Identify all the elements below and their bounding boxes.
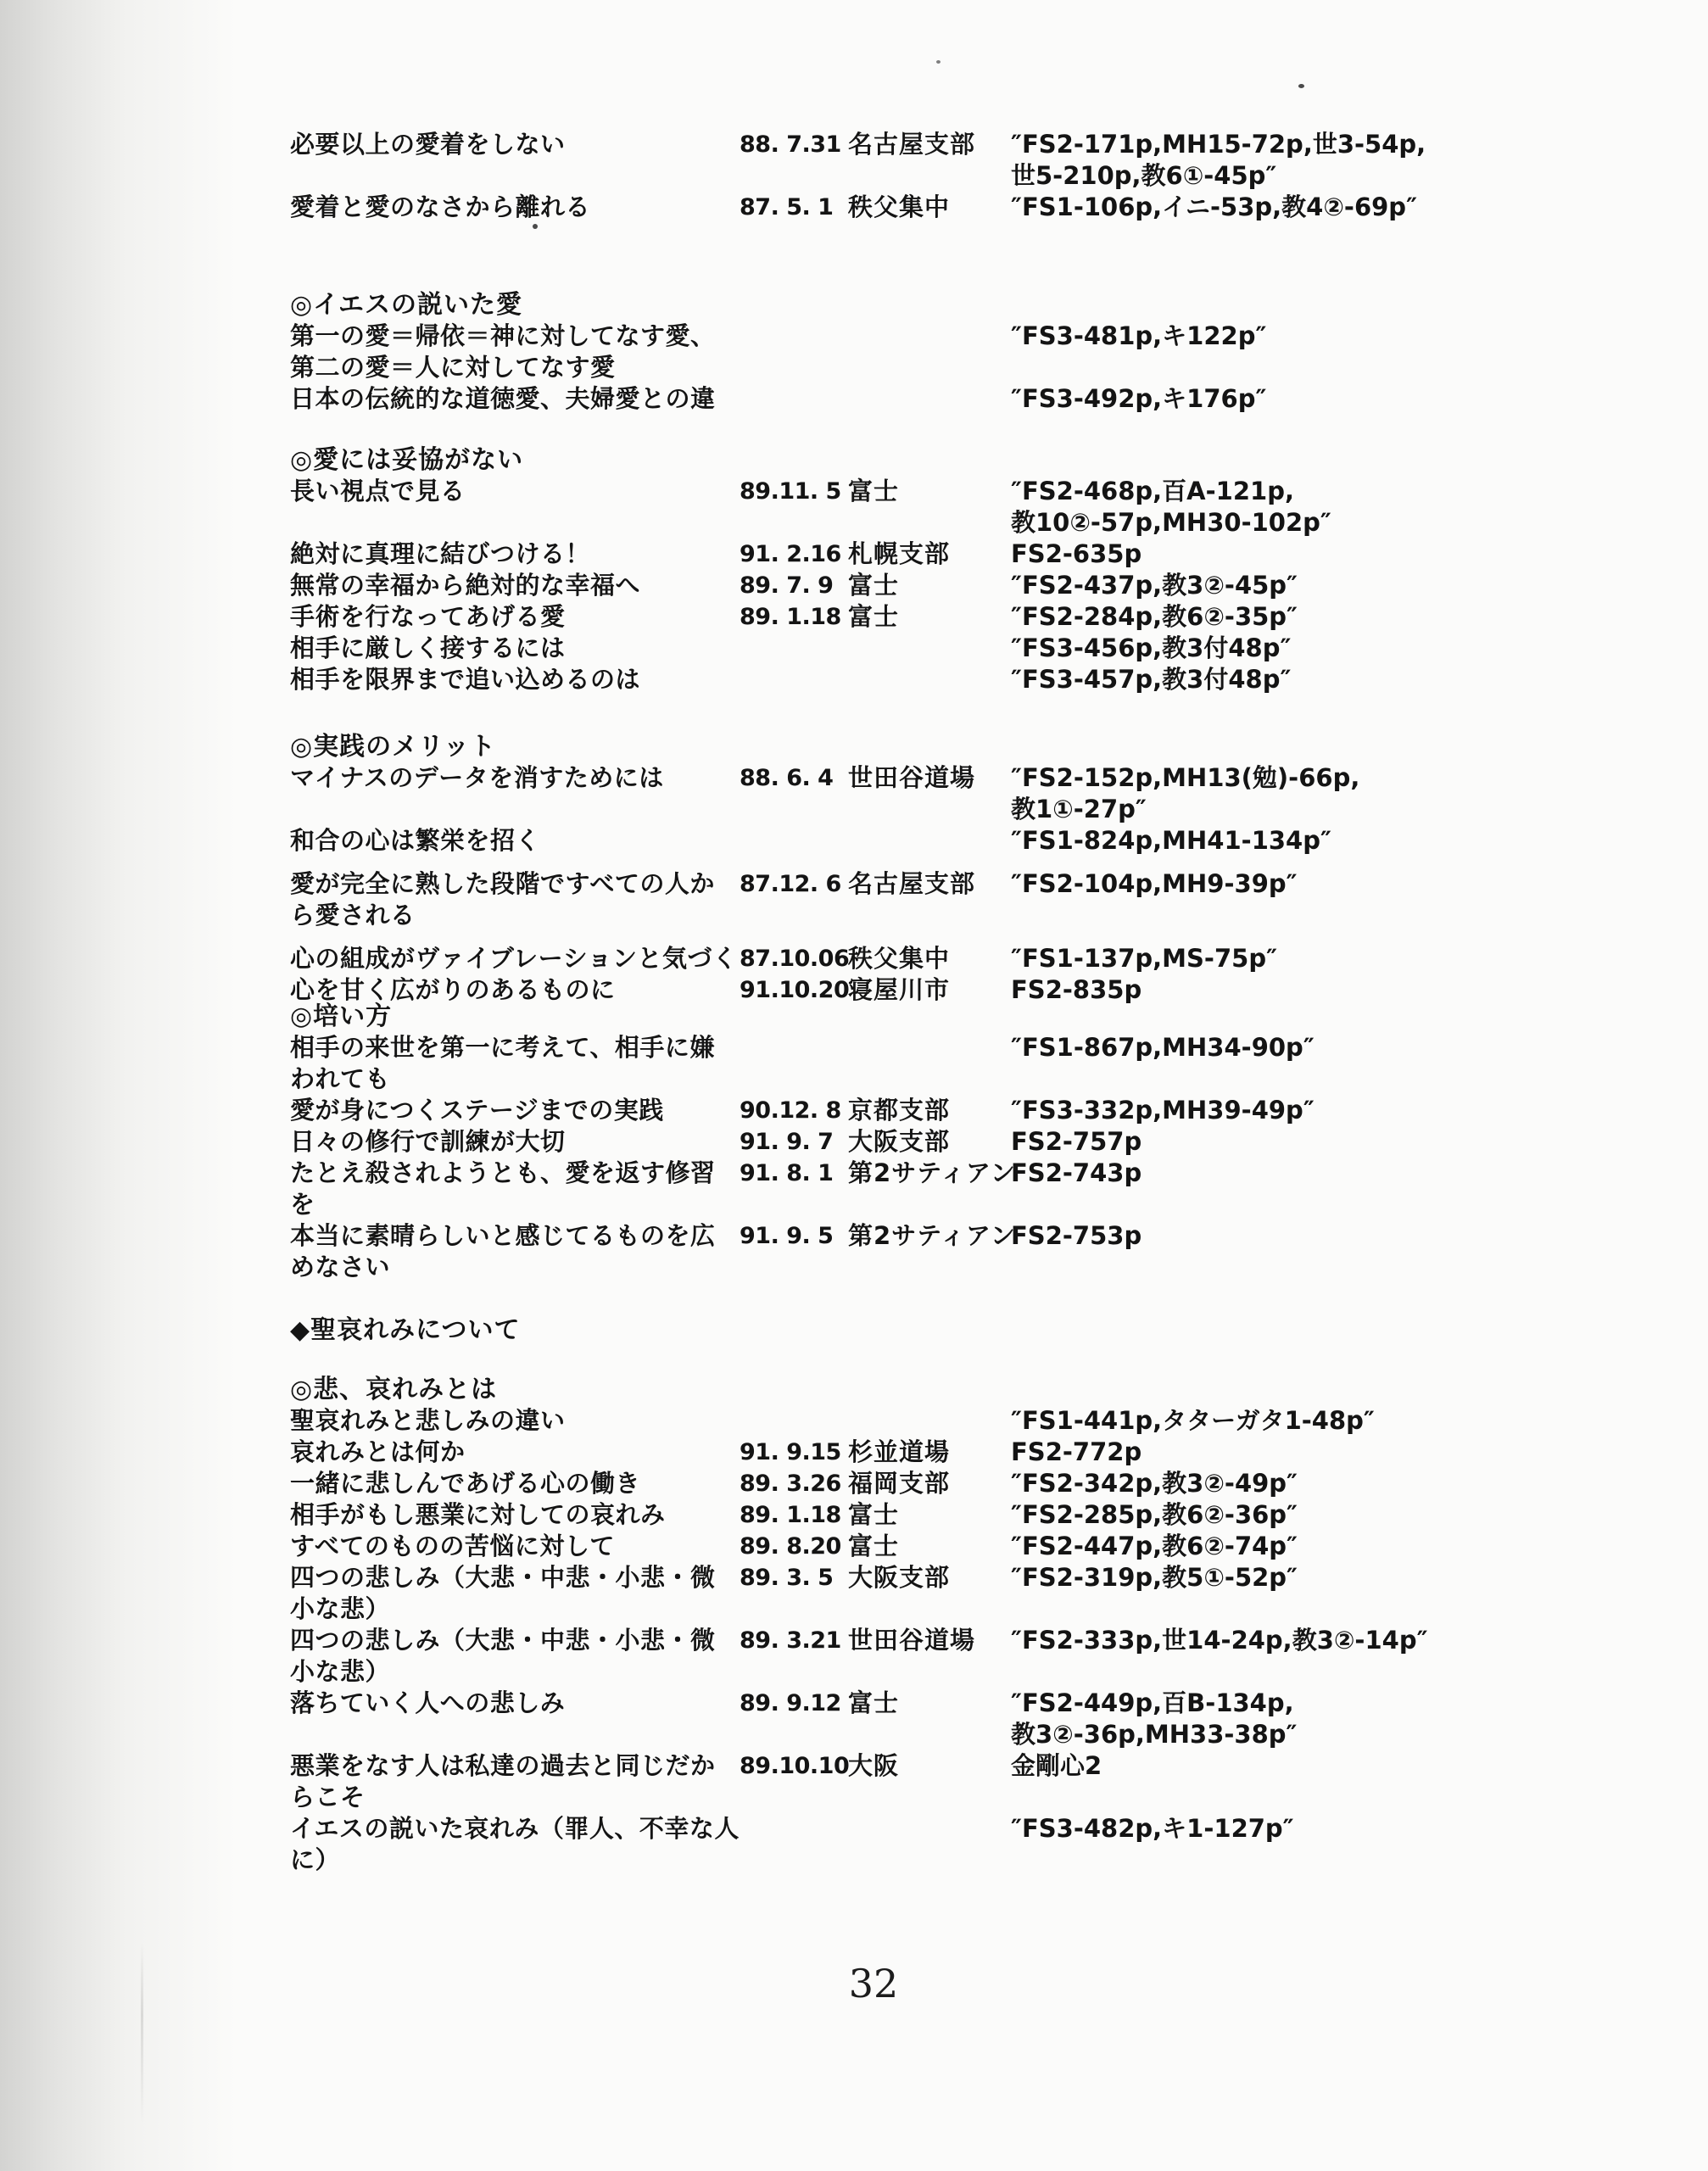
place-cell: 富士 <box>848 570 1011 601</box>
date-cell: 89. 9.12 <box>740 1688 848 1750</box>
table-row: 愛着と愛のなさから離れる 87. 5. 1 秩父集中 ″FS1-106p,イニ-… <box>290 192 1477 223</box>
topic-cell: 哀れみとは何か <box>290 1437 740 1468</box>
topic-cell: 悪業をなす人は私達の過去と同じだからこそ <box>290 1750 740 1813</box>
table-row: 相手に厳しく接するには ″FS3-456p,教3付48p″ <box>290 633 1477 664</box>
date-cell: 88. 6. 4 <box>740 762 848 825</box>
topic-cell: 相手がもし悪業に対しての哀れみ <box>290 1499 740 1531</box>
ref-cell: ″FS2-285p,教6②-36p″ <box>1011 1499 1477 1531</box>
topic-cell: 相手に厳しく接するには <box>290 633 740 664</box>
table-row: すべてのものの苦悩に対して 89. 8.20 富士 ″FS2-447p,教6②-… <box>290 1531 1477 1562</box>
topic-cell: 愛着と愛のなさから離れる <box>290 192 740 223</box>
date-cell: 87.10.06 <box>740 943 848 974</box>
place-cell: 世田谷道場 <box>848 762 1011 825</box>
place-cell: 大阪 <box>848 1750 1011 1813</box>
table-row: 絶対に真理に結びつける！ 91. 2.16 札幌支部 FS2-635p <box>290 539 1477 570</box>
table-row: 一緒に悲しんであげる心の働き 89. 3.26 福岡支部 ″FS2-342p,教… <box>290 1468 1477 1499</box>
ref-cell: FS2-753p <box>1011 1220 1477 1283</box>
section-heading: ◎悲、哀れみとは <box>290 1374 1477 1405</box>
table-row: 悪業をなす人は私達の過去と同じだからこそ 89.10.10 大阪 金剛心2 <box>290 1750 1477 1813</box>
topic-cell: 長い視点で見る <box>290 476 740 539</box>
date-cell: 89. 3. 5 <box>740 1562 848 1625</box>
scan-speck <box>1298 84 1304 88</box>
topic-cell: 相手の来世を第一に考えて、相手に嫌われても <box>290 1032 740 1095</box>
topic-cell: マイナスのデータを消すためには <box>290 762 740 825</box>
ref-cell: ″FS2-171p,MH15-72p,世3-54p,世5-210p,教6①-45… <box>1011 129 1477 192</box>
ref-cell: ″FS2-437p,教3②-45p″ <box>1011 570 1477 601</box>
date-cell: 91. 2.16 <box>740 539 848 570</box>
table-row: 日本の伝統的な道徳愛、夫婦愛との違 ″FS3-492p,キ176p″ <box>290 383 1477 415</box>
date-cell: 87.12. 6 <box>740 868 848 931</box>
place-cell <box>848 321 1011 352</box>
ref-cell: ″FS1-824p,MH41-134p″ <box>1011 825 1477 857</box>
date-cell <box>740 664 848 695</box>
topic-cell: 第二の愛＝人に対してなす愛 <box>290 352 740 383</box>
scan-speck <box>936 60 941 64</box>
table-row: 日々の修行で訓練が大切 91. 9. 7 大阪支部 FS2-757p <box>290 1126 1477 1158</box>
topic-cell: 日本の伝統的な道徳愛、夫婦愛との違 <box>290 383 740 415</box>
topic-cell: 手術を行なってあげる愛 <box>290 601 740 633</box>
section-heading: ◎イエスの説いた愛 <box>290 289 1477 321</box>
page-number: 32 <box>0 1961 1708 2006</box>
ref-cell: ″FS2-449p,百B-134p,教3②-36p,MH33-38p″ <box>1011 1688 1477 1750</box>
date-cell <box>740 383 848 415</box>
date-cell: 89. 3.26 <box>740 1468 848 1499</box>
ref-cell: FS2-772p <box>1011 1437 1477 1468</box>
ref-cell: ″FS3-492p,キ176p″ <box>1011 383 1477 415</box>
ref-cell: ″FS3-457p,教3付48p″ <box>1011 664 1477 695</box>
place-cell <box>848 825 1011 857</box>
table-row: 心の組成がヴァイブレーションと気づく 87.10.06 秩父集中 ″FS1-13… <box>290 943 1477 974</box>
table-row: 四つの悲しみ（大悲・中悲・小悲・微小な悲） 89. 3. 5 大阪支部 ″FS2… <box>290 1562 1477 1625</box>
scan-edge-shadow <box>0 0 254 2171</box>
date-cell: 89.10.10 <box>740 1750 848 1813</box>
date-cell: 88. 7.31 <box>740 129 848 192</box>
date-cell: 89. 7. 9 <box>740 570 848 601</box>
topic-cell: 無常の幸福から絶対的な幸福へ <box>290 570 740 601</box>
date-cell: 89. 1.18 <box>740 1499 848 1531</box>
table-row: 長い視点で見る 89.11. 5 富士 ″FS2-468p,百A-121p,教1… <box>290 476 1477 539</box>
place-cell: 第2サティアン <box>848 1158 1011 1220</box>
place-cell: 世田谷道場 <box>848 1625 1011 1688</box>
topic-cell: 日々の修行で訓練が大切 <box>290 1126 740 1158</box>
ref-cell: FS2-743p <box>1011 1158 1477 1220</box>
place-cell: 富士 <box>848 476 1011 539</box>
date-cell <box>740 633 848 664</box>
place-cell: 札幌支部 <box>848 539 1011 570</box>
date-cell <box>740 825 848 857</box>
topic-cell: たとえ殺されようとも、愛を返す修習を <box>290 1158 740 1220</box>
table-row: 第二の愛＝人に対してなす愛 <box>290 352 1477 383</box>
topic-cell: 第一の愛＝帰依＝神に対してなす愛、 <box>290 321 740 352</box>
table-row: 手術を行なってあげる愛 89. 1.18 富士 ″FS2-284p,教6②-35… <box>290 601 1477 633</box>
place-cell <box>848 664 1011 695</box>
table-row: 無常の幸福から絶対的な幸福へ 89. 7. 9 富士 ″FS2-437p,教3②… <box>290 570 1477 601</box>
table-row: 第一の愛＝帰依＝神に対してなす愛、 ″FS3-481p,キ122p″ <box>290 321 1477 352</box>
table-row: マイナスのデータを消すためには 88. 6. 4 世田谷道場 ″FS2-152p… <box>290 762 1477 825</box>
topic-cell: 四つの悲しみ（大悲・中悲・小悲・微小な悲） <box>290 1625 740 1688</box>
ref-cell: ″FS1-867p,MH34-90p″ <box>1011 1032 1477 1095</box>
topic-cell: 一緒に悲しんであげる心の働き <box>290 1468 740 1499</box>
ref-cell: FS2-757p <box>1011 1126 1477 1158</box>
topic-cell: 必要以上の愛着をしない <box>290 129 740 192</box>
table-row: 哀れみとは何か 91. 9.15 杉並道場 FS2-772p <box>290 1437 1477 1468</box>
date-cell: 90.12. 8 <box>740 1095 848 1126</box>
ref-cell: ″FS3-482p,キ1-127p″ <box>1011 1813 1477 1876</box>
ref-cell: ″FS2-468p,百A-121p,教10②-57p,MH30-102p″ <box>1011 476 1477 539</box>
topic-cell: 絶対に真理に結びつける！ <box>290 539 740 570</box>
section-block: 必要以上の愛着をしない 88. 7.31 名古屋支部 ″FS2-171p,MH1… <box>290 129 1477 223</box>
table-row: 相手がもし悪業に対しての哀れみ 89. 1.18 富士 ″FS2-285p,教6… <box>290 1499 1477 1531</box>
ref-cell: ″FS1-137p,MS-75p″ <box>1011 943 1477 974</box>
section-block: ◎愛には妥協がない 長い視点で見る 89.11. 5 富士 ″FS2-468p,… <box>290 444 1477 695</box>
date-cell: 89. 3.21 <box>740 1625 848 1688</box>
ref-cell: ″FS2-152p,MH13(勉)-66p,教1①-27p″ <box>1011 762 1477 825</box>
date-cell <box>740 352 848 383</box>
place-cell <box>848 1032 1011 1095</box>
table-row: イエスの説いた哀れみ（罪人、不幸な人に） ″FS3-482p,キ1-127p″ <box>290 1813 1477 1876</box>
topic-cell: すべてのものの苦悩に対して <box>290 1531 740 1562</box>
table-row: 和合の心は繁栄を招く ″FS1-824p,MH41-134p″ <box>290 825 1477 857</box>
ref-cell: ″FS2-342p,教3②-49p″ <box>1011 1468 1477 1499</box>
table-row: 愛が身につくステージまでの実践 90.12. 8 京都支部 ″FS3-332p,… <box>290 1095 1477 1126</box>
place-cell: 第2サティアン <box>848 1220 1011 1283</box>
ref-cell: ″FS3-481p,キ122p″ <box>1011 321 1477 352</box>
place-cell: 京都支部 <box>848 1095 1011 1126</box>
table-row: 落ちていく人への悲しみ 89. 9.12 富士 ″FS2-449p,百B-134… <box>290 1688 1477 1750</box>
date-cell <box>740 321 848 352</box>
ref-cell: ″FS2-319p,教5①-52p″ <box>1011 1562 1477 1625</box>
topic-cell: 四つの悲しみ（大悲・中悲・小悲・微小な悲） <box>290 1562 740 1625</box>
place-cell <box>848 1813 1011 1876</box>
place-cell: 富士 <box>848 1531 1011 1562</box>
section-block: ◎実践のメリット マイナスのデータを消すためには 88. 6. 4 世田谷道場 … <box>290 731 1477 1006</box>
section-heading: ◎培い方 <box>290 1001 1477 1032</box>
section-heading: ◎愛には妥協がない <box>290 444 1477 476</box>
topic-cell: 本当に素晴らしいと感じてるものを広めなさい <box>290 1220 740 1283</box>
ref-cell: FS2-635p <box>1011 539 1477 570</box>
place-cell <box>848 383 1011 415</box>
place-cell: 大阪支部 <box>848 1126 1011 1158</box>
place-cell: 福岡支部 <box>848 1468 1011 1499</box>
place-cell <box>848 1405 1011 1437</box>
table-row: たとえ殺されようとも、愛を返す修習を 91. 8. 1 第2サティアン FS2-… <box>290 1158 1477 1220</box>
date-cell <box>740 1405 848 1437</box>
ref-cell: ″FS1-106p,イニ-53p,教4②-69p″ <box>1011 192 1477 223</box>
table-row: 本当に素晴らしいと感じてるものを広めなさい 91. 9. 5 第2サティアン F… <box>290 1220 1477 1283</box>
place-cell: 富士 <box>848 1688 1011 1750</box>
date-cell: 89. 8.20 <box>740 1531 848 1562</box>
place-cell: 富士 <box>848 1499 1011 1531</box>
document-page: 必要以上の愛着をしない 88. 7.31 名古屋支部 ″FS2-171p,MH1… <box>0 0 1708 2171</box>
topic-cell: 相手を限界まで追い込めるのは <box>290 664 740 695</box>
table-row: 四つの悲しみ（大悲・中悲・小悲・微小な悲） 89. 3.21 世田谷道場 ″FS… <box>290 1625 1477 1688</box>
scan-speck <box>533 224 538 229</box>
place-cell: 大阪支部 <box>848 1562 1011 1625</box>
table-row: 聖哀れみと悲しみの違い ″FS1-441p,タターガタ1-48p″ <box>290 1405 1477 1437</box>
major-section-heading: ◆聖哀れみについて <box>290 1314 520 1346</box>
date-cell: 91. 8. 1 <box>740 1158 848 1220</box>
place-cell: 秩父集中 <box>848 943 1011 974</box>
ref-cell: ″FS3-456p,教3付48p″ <box>1011 633 1477 664</box>
ref-cell: ″FS2-333p,世14-24p,教3②-14p″ <box>1011 1625 1477 1688</box>
table-row: 相手の来世を第一に考えて、相手に嫌われても ″FS1-867p,MH34-90p… <box>290 1032 1477 1095</box>
section-heading: ◎実践のメリット <box>290 731 1477 762</box>
ref-cell: ″FS2-284p,教6②-35p″ <box>1011 601 1477 633</box>
table-row: 必要以上の愛着をしない 88. 7.31 名古屋支部 ″FS2-171p,MH1… <box>290 129 1477 192</box>
ref-cell: ″FS2-447p,教6②-74p″ <box>1011 1531 1477 1562</box>
date-cell <box>740 1813 848 1876</box>
topic-cell: 心の組成がヴァイブレーションと気づく <box>290 943 740 974</box>
topic-cell: 愛が完全に熟した段階ですべての人から愛される <box>290 868 740 931</box>
date-cell: 91. 9. 7 <box>740 1126 848 1158</box>
table-row: 相手を限界まで追い込めるのは ″FS3-457p,教3付48p″ <box>290 664 1477 695</box>
place-cell <box>848 633 1011 664</box>
table-row: 愛が完全に熟した段階ですべての人から愛される 87.12. 6 名古屋支部 ″F… <box>290 868 1477 931</box>
topic-cell: 愛が身につくステージまでの実践 <box>290 1095 740 1126</box>
ref-cell: ″FS2-104p,MH9-39p″ <box>1011 868 1477 931</box>
place-cell: 富士 <box>848 601 1011 633</box>
ref-cell <box>1011 352 1477 383</box>
date-cell <box>740 1032 848 1095</box>
ref-cell: 金剛心2 <box>1011 1750 1477 1813</box>
topic-cell: イエスの説いた哀れみ（罪人、不幸な人に） <box>290 1813 740 1876</box>
place-cell: 名古屋支部 <box>848 868 1011 931</box>
date-cell: 89. 1.18 <box>740 601 848 633</box>
topic-cell: 和合の心は繁栄を招く <box>290 825 740 857</box>
place-cell <box>848 352 1011 383</box>
ref-cell: ″FS3-332p,MH39-49p″ <box>1011 1095 1477 1126</box>
date-cell: 87. 5. 1 <box>740 192 848 223</box>
topic-cell: 聖哀れみと悲しみの違い <box>290 1405 740 1437</box>
topic-cell: 落ちていく人への悲しみ <box>290 1688 740 1750</box>
ref-cell: ″FS1-441p,タターガタ1-48p″ <box>1011 1405 1477 1437</box>
date-cell: 91. 9. 5 <box>740 1220 848 1283</box>
place-cell: 名古屋支部 <box>848 129 1011 192</box>
section-block: ◎悲、哀れみとは 聖哀れみと悲しみの違い ″FS1-441p,タターガタ1-48… <box>290 1374 1477 1876</box>
section-block: ◎培い方 相手の来世を第一に考えて、相手に嫌われても ″FS1-867p,MH3… <box>290 1001 1477 1283</box>
place-cell: 秩父集中 <box>848 192 1011 223</box>
date-cell: 89.11. 5 <box>740 476 848 539</box>
place-cell: 杉並道場 <box>848 1437 1011 1468</box>
section-block: ◎イエスの説いた愛 第一の愛＝帰依＝神に対してなす愛、 ″FS3-481p,キ1… <box>290 289 1477 415</box>
date-cell: 91. 9.15 <box>740 1437 848 1468</box>
